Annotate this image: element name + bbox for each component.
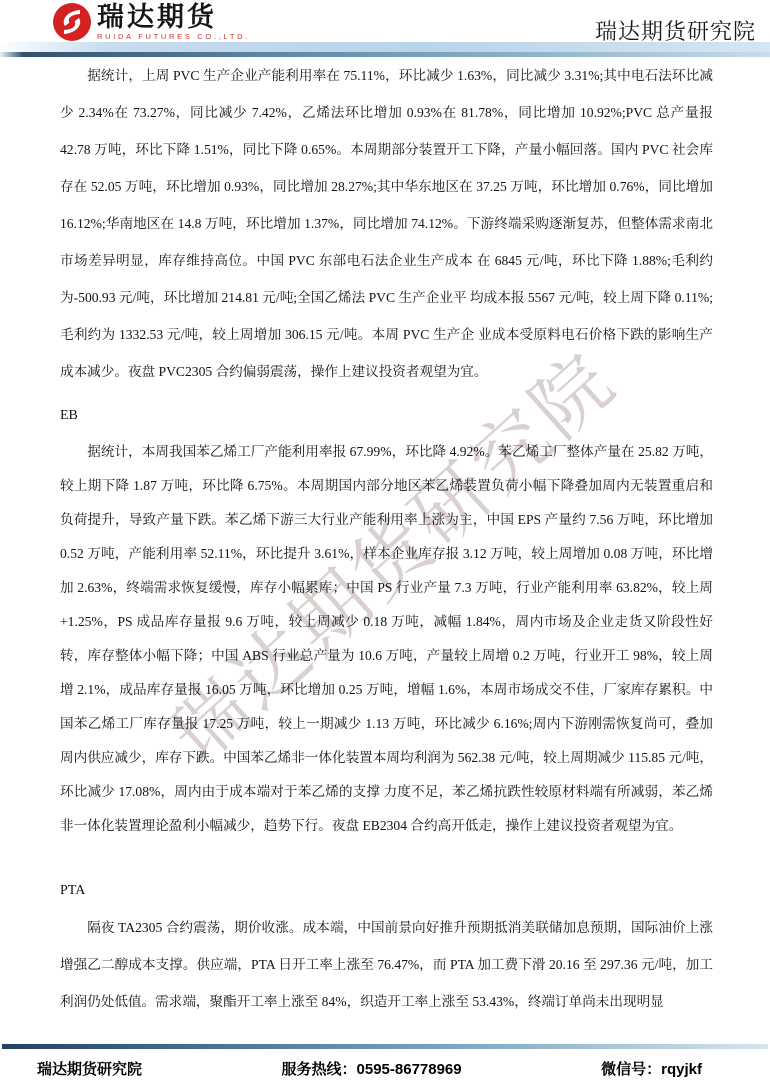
institute-title: 瑞达期货研究院 [595, 15, 756, 46]
footer-institute: 瑞达期货研究院 [37, 1058, 142, 1079]
page-footer: 瑞达期货研究院 服务热线：0595-86778969 微信号：rqyjkf [0, 1044, 770, 1090]
footer-wechat: 微信号：rqyjkf [601, 1058, 702, 1079]
pvc-summary-paragraph: 据统计，上周 PVC 生产企业产能利用率在 75.11%，环比减少 1.63%，… [60, 57, 713, 390]
pta-summary-paragraph: 隔夜 TA2305 合约震荡，期价收涨。成本端，中国前景向好推升预期抵消美联储加… [60, 909, 713, 1020]
report-body: 据统计，上周 PVC 生产企业产能利用率在 75.11%，环比减少 1.63%，… [0, 57, 770, 1020]
document-page: { "header": { "logo_title": "瑞达期货", "log… [0, 0, 770, 1090]
eb-summary-paragraph: 据统计，本周我国苯乙烯工厂产能利用率报 67.99%，环比降 4.92%。苯乙烯… [60, 435, 713, 843]
logo-subtitle: RUIDA FUTURES CO.,LTD. [97, 32, 250, 41]
ruida-logo-icon [52, 2, 92, 42]
footer-hotline: 服务热线：0595-86778969 [282, 1058, 462, 1079]
section-heading-pta: PTA [60, 872, 713, 909]
logo-title: 瑞达期货 [97, 2, 250, 33]
logo-text-block: 瑞达期货 RUIDA FUTURES CO.,LTD. [97, 2, 250, 41]
section-heading-eb: EB [60, 397, 713, 434]
page-header: 瑞达期货 RUIDA FUTURES CO.,LTD. 瑞达期货研究院 [0, 0, 770, 42]
ruida-logo: 瑞达期货 RUIDA FUTURES CO.,LTD. [52, 2, 250, 42]
footer-text-row: 瑞达期货研究院 服务热线：0595-86778969 微信号：rqyjkf [0, 1049, 770, 1090]
